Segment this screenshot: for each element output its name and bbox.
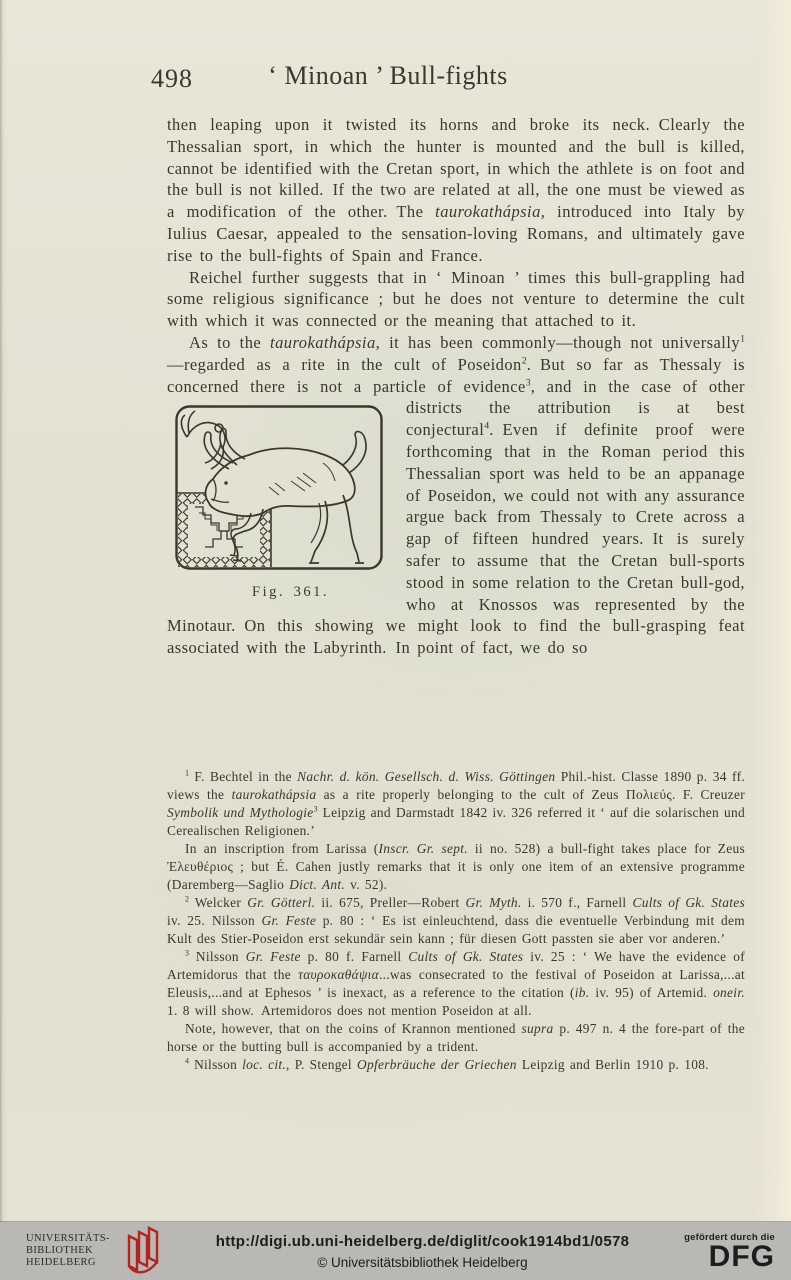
body-paragraph-1: then leaping upon it twisted its horns a… [167,114,745,267]
scanned-book-page: 498 ‘ Minoan ’ Bull-fights then leaping … [0,0,791,1280]
footnotes-block: 1 F. Bechtel in the Nachr. d. kön. Gesel… [167,768,745,1074]
library-name-line1: UNIVERSITÄTS- [26,1233,110,1245]
footnote-2: 2 Welcker Gr. Götterl. ii. 675, Preller—… [167,894,745,948]
digitization-footer-bar: UNIVERSITÄTS- BIBLIOTHEK HEIDELBERG http… [0,1222,791,1280]
footnote-4: 4 Nilsson loc. cit., P. Stengel Opferbrä… [167,1056,745,1074]
acrobat-figure [181,411,225,469]
footnote-1-continuation: In an inscription from Larissa (Inscr. G… [167,840,745,894]
document-url: http://digi.ub.uni-heidelberg.de/diglit/… [200,1233,645,1250]
body-text: then leaping upon it twisted its horns a… [167,114,745,659]
footnote-3: 3 Nilsson Gr. Feste p. 80 f. Farnell Cul… [167,948,745,1020]
body-paragraph-2: Reichel further suggests that in ‘ Minoa… [167,267,745,332]
bull-leaping-drawing [173,403,386,573]
body-paragraph-3: As to the taurokathápsia, it has been co… [167,332,745,659]
library-branding: UNIVERSITÄTS- BIBLIOTHEK HEIDELBERG [0,1226,200,1276]
page-number: 498 [151,64,193,94]
library-name: UNIVERSITÄTS- BIBLIOTHEK HEIDELBERG [26,1233,110,1269]
library-name-line2: BIBLIOTHEK [26,1245,110,1257]
dfg-logo: DFG [645,1244,775,1270]
university-library-logo-icon [120,1226,162,1276]
footnote-1: 1 F. Bechtel in the Nachr. d. kön. Gesel… [167,768,745,840]
bull-figure [204,429,366,564]
running-title: ‘ Minoan ’ Bull-fights [238,61,538,91]
library-name-line3: HEIDELBERG [26,1257,110,1269]
footer-center: http://digi.ub.uni-heidelberg.de/diglit/… [200,1233,645,1270]
footnote-3-continuation: Note, however, that on the coins of Kran… [167,1020,745,1056]
copyright-notice: © Universitätsbibliothek Heidelberg [200,1255,645,1270]
figure-block: Fig. 361. [173,403,386,604]
dfg-branding: gefördert durch die DFG [645,1232,791,1270]
figure-caption: Fig. 361. [173,582,386,604]
